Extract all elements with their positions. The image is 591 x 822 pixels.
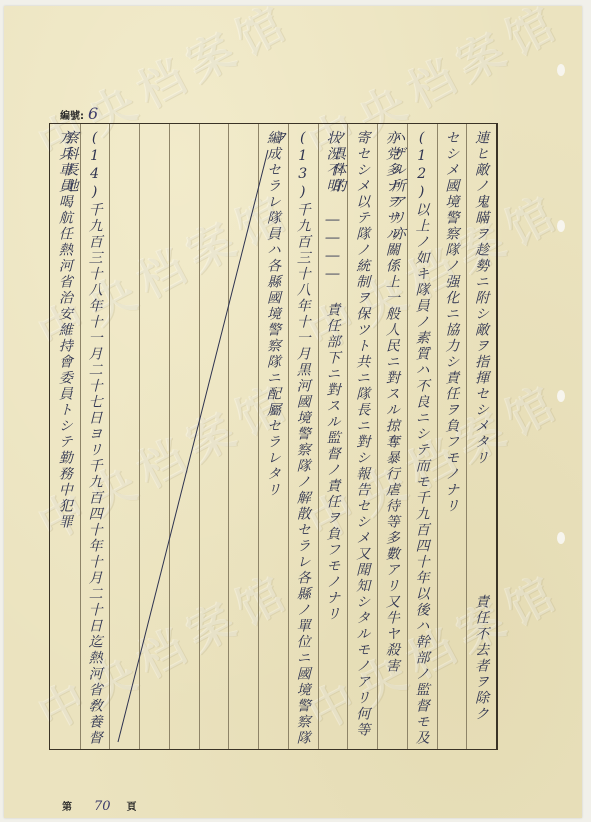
handwritten-column: 寄セシメ以テ隊ノ統制ヲ保ツト共ニ隊長ニ對シ報告セシメ又聞知シタルモノアリ何等ノ具…	[350, 130, 374, 749]
handwritten-column: (13)千九百三十八年十一月黒河國境警察隊ノ解散セラレ各縣ノ單位ニ國境警察隊ヲ	[291, 130, 315, 749]
handwritten-column: 亦党多ナヲサル關係上一般人民ニ對スル掠奪暴行虐待等多數アリ又牛ヤ殺害	[380, 130, 404, 674]
column-annotation: 責任不去者ヲ除ク	[469, 594, 493, 722]
punch-hole	[557, 532, 565, 544]
serial-label: 編號:	[60, 111, 84, 122]
column-rule	[169, 124, 170, 749]
handwritten-column: 連ヒ敵ノ鬼瞞ヲ趁勢ニ附シ敵ヲ指揮セシメタリ	[469, 130, 493, 466]
punch-hole	[557, 390, 565, 402]
handwritten-column: (12)以上ノ如キ隊員ノ素質ハ不良ニシテ而モ千九百四十年以後ハ幹部ノ監督モ及ハザ…	[410, 130, 434, 749]
punch-hole	[557, 64, 565, 76]
column-rule	[377, 124, 378, 749]
handwritten-column: 状況不明 ―――― 責任部下ニ對スル監督ノ責任ヲ負フモノナリ	[320, 130, 344, 622]
page-suffix: 頁	[127, 802, 137, 813]
column-rule	[139, 124, 140, 749]
column-rule	[288, 124, 289, 749]
serial-number: 編號:6	[60, 104, 98, 123]
handwritten-column: (14)千九百三十八年十一月二十七日ヨリ千九百四十年十月二十日迄熱河省敎養督察科…	[83, 130, 107, 749]
serial-value: 6	[88, 104, 98, 123]
column-rule	[437, 124, 438, 749]
column-rule	[347, 124, 348, 749]
handwritten-column: 方兵車員喝航任熱河省治安維持會委員トシテ勤務中犯罪	[53, 130, 77, 530]
column-rule	[80, 124, 81, 749]
column-rule	[258, 124, 259, 749]
column-rule	[318, 124, 319, 749]
column-rule	[466, 124, 467, 749]
page-prefix: 第	[62, 802, 72, 813]
column-rule	[199, 124, 200, 749]
column-rule	[109, 124, 110, 749]
ruled-grid: 連ヒ敵ノ鬼瞞ヲ趁勢ニ附シ敵ヲ指揮セシメタリセシメ國境警察隊ノ强化ニ協力シ責任ヲ負…	[49, 123, 498, 750]
punch-hole	[557, 220, 565, 232]
handwritten-column: 編成セラレ隊員ハ各縣國境警察隊ニ配屬セラレタリ	[261, 130, 285, 498]
column-rule	[228, 124, 229, 749]
page-number: 70	[94, 799, 111, 814]
page-footer: 第70頁	[62, 798, 137, 814]
handwritten-column: セシメ國境警察隊ノ强化ニ協力シ責任ヲ負フモノナリ	[439, 130, 463, 514]
